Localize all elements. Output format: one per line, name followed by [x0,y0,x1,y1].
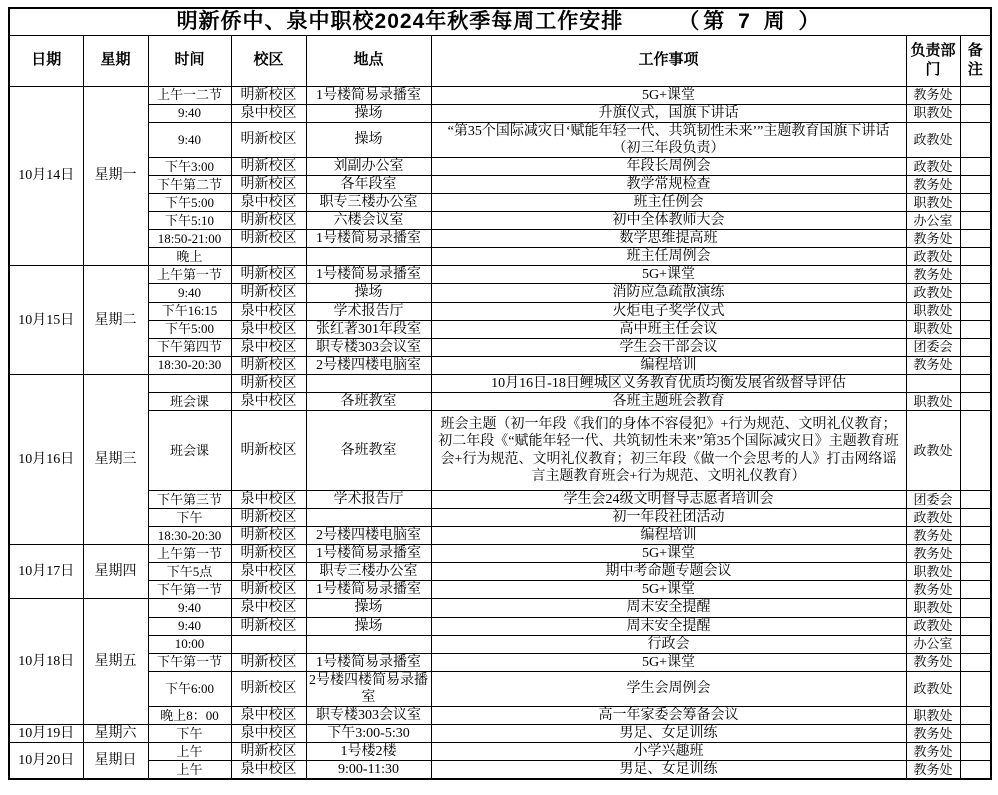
dept-cell: 教务处 [906,356,960,374]
time-cell [148,374,231,392]
note-cell [960,725,991,743]
place-cell: 下午3:00-5:30 [306,725,431,743]
dept-cell [906,374,960,392]
note-cell [960,122,991,157]
table-row: 上午泉中校区9:00-11:30男足、女足训练教务处 [9,761,991,780]
campus-cell: 泉中校区 [231,194,306,212]
campus-cell: 明新校区 [231,527,306,545]
campus-cell: 泉中校区 [231,599,306,617]
note-cell [960,545,991,563]
task-cell: 学生会24级文明督导志愿者培训会 [431,491,906,509]
place-cell [306,248,431,266]
place-cell: 1号楼简易录播室 [306,86,431,104]
campus-cell: 泉中校区 [231,491,306,509]
note-cell [960,509,991,527]
dept-cell: 办公室 [906,635,960,653]
weekday-cell: 星期日 [83,743,148,780]
dept-cell: 职教处 [906,194,960,212]
weekday-cell: 星期五 [83,599,148,725]
weekday-cell: 星期一 [83,86,148,266]
dept-cell: 政教处 [906,284,960,302]
dept-cell: 办公室 [906,212,960,230]
campus-cell: 明新校区 [231,157,306,175]
campus-cell: 泉中校区 [231,320,306,338]
dept-cell: 教务处 [906,86,960,104]
weekly-schedule-table: 明新侨中、泉中职校2024年秋季每周工作安排（第 7 周 ） 日期星期时间校区地… [8,7,992,780]
dept-cell: 教务处 [906,527,960,545]
place-cell: 各班教室 [306,411,431,491]
weekday-cell: 星期六 [83,725,148,743]
campus-cell: 明新校区 [231,671,306,706]
note-cell [960,320,991,338]
campus-cell: 明新校区 [231,212,306,230]
task-cell: 班主任例会 [431,194,906,212]
task-cell: 5G+课堂 [431,653,906,671]
place-cell: 2号楼四楼电脑室 [306,356,431,374]
note-cell [960,581,991,599]
table-row: 下午第三节泉中校区学术报告厅学生会24级文明督导志愿者培训会团委会 [9,491,991,509]
note-cell [960,230,991,248]
table-row: 下午5:10明新校区六楼会议室初中全体教师大会办公室 [9,212,991,230]
table-row: 10月16日星期三明新校区10月16日-18日鲤城区义务教育优质均衡发展省级督导… [9,374,991,392]
time-cell: 9:40 [148,284,231,302]
table-row: 10:00行政会办公室 [9,635,991,653]
time-cell: 晚上8：00 [148,706,231,724]
campus-cell: 泉中校区 [231,392,306,410]
table-row: 下午16:15泉中校区学术报告厅火炬电子奖学仪式职教处 [9,302,991,320]
table-row: 10月19日星期六下午泉中校区下午3:00-5:30男足、女足训练教务处 [9,725,991,743]
note-cell [960,411,991,491]
column-header-5: 工作事项 [431,35,906,86]
campus-cell [231,248,306,266]
table-row: 班会课泉中校区各班教室各班主题班会教育职教处 [9,392,991,410]
note-cell [960,104,991,122]
place-cell [306,509,431,527]
place-cell: 操场 [306,284,431,302]
date-cell: 10月16日 [9,374,83,544]
dept-cell: 教务处 [906,545,960,563]
note-cell [960,157,991,175]
dept-cell: 教务处 [906,761,960,780]
table-row: 晚上8：00泉中校区职专楼303会议室高一年家委会筹备会议职教处 [9,706,991,724]
task-cell: 班主任周例会 [431,248,906,266]
time-cell: 下午5点 [148,563,231,581]
place-cell: 9:00-11:30 [306,761,431,780]
campus-cell [231,635,306,653]
note-cell [960,392,991,410]
place-cell: 1号楼简易录播室 [306,230,431,248]
table-row: 下午第一节明新校区1号楼简易录播室5G+课堂教务处 [9,653,991,671]
time-cell: 9:40 [148,617,231,635]
time-cell: 下午3:00 [148,157,231,175]
place-cell: 学术报告厅 [306,491,431,509]
time-cell: 上午 [148,743,231,761]
table-row: 9:40明新校区操场“第35个国际减灾日‘赋能年轻一代、共筑韧性未来’”主题教育… [9,122,991,157]
place-cell: 1号楼简易录播室 [306,581,431,599]
time-cell: 下午第二节 [148,176,231,194]
dept-cell: 职教处 [906,706,960,724]
title-week-number: （第 7 周 ） [678,10,823,33]
time-cell: 下午5:00 [148,320,231,338]
dept-cell: 职教处 [906,563,960,581]
task-cell: 编程培训 [431,356,906,374]
note-cell [960,743,991,761]
task-cell: 5G+课堂 [431,581,906,599]
task-cell: 10月16日-18日鲤城区义务教育优质均衡发展省级督导评估 [431,374,906,392]
date-cell: 10月17日 [9,545,83,599]
time-cell: 班会课 [148,392,231,410]
time-cell: 下午第一节 [148,653,231,671]
task-cell: 5G+课堂 [431,266,906,284]
place-cell: 刘副办公室 [306,157,431,175]
place-cell: 1号楼简易录播室 [306,545,431,563]
place-cell: 职专楼303会议室 [306,706,431,724]
weekday-cell: 星期二 [83,266,148,374]
place-cell: 操场 [306,599,431,617]
place-cell: 张红著301年段室 [306,320,431,338]
time-cell: 班会课 [148,411,231,491]
place-cell: 1号楼2楼 [306,743,431,761]
task-cell: “第35个国际减灾日‘赋能年轻一代、共筑韧性未来’”主题教育国旗下讲话（初三年段… [431,122,906,157]
table-row: 18:50-21:00明新校区1号楼简易录播室数学思维提高班教务处 [9,230,991,248]
note-cell [960,248,991,266]
place-cell: 各班教室 [306,392,431,410]
table-row: 10月14日星期一上午一二节明新校区1号楼简易录播室5G+课堂教务处 [9,86,991,104]
place-cell: 各年段室 [306,176,431,194]
campus-cell: 明新校区 [231,266,306,284]
dept-cell: 政教处 [906,248,960,266]
time-cell: 下午 [148,725,231,743]
title-row: 明新侨中、泉中职校2024年秋季每周工作安排（第 7 周 ） [9,8,991,35]
time-cell: 晚上 [148,248,231,266]
column-header-4: 地点 [306,35,431,86]
dept-cell: 职教处 [906,599,960,617]
time-cell: 18:50-21:00 [148,230,231,248]
column-header-row: 日期星期时间校区地点工作事项负责部门备注 [9,35,991,86]
campus-cell: 泉中校区 [231,563,306,581]
place-cell: 操场 [306,104,431,122]
task-cell: 学生会干部会议 [431,338,906,356]
task-cell: 升旗仪式，国旗下讲话 [431,104,906,122]
note-cell [960,653,991,671]
time-cell: 9:40 [148,104,231,122]
time-cell: 下午5:00 [148,194,231,212]
campus-cell: 明新校区 [231,122,306,157]
date-cell: 10月14日 [9,86,83,266]
table-row: 下午6:00明新校区2号楼四楼简易录播室学生会周例会政教处 [9,671,991,706]
table-row: 18:30-20:30明新校区2号楼四楼电脑室编程培训教务处 [9,356,991,374]
campus-cell: 泉中校区 [231,302,306,320]
time-cell: 10:00 [148,635,231,653]
dept-cell: 职教处 [906,320,960,338]
task-cell: 编程培训 [431,527,906,545]
time-cell: 下午第三节 [148,491,231,509]
task-cell: 高中班主任会议 [431,320,906,338]
note-cell [960,635,991,653]
dept-cell: 教务处 [906,725,960,743]
dept-cell: 团委会 [906,491,960,509]
task-cell: 男足、女足训练 [431,725,906,743]
dept-cell: 教务处 [906,230,960,248]
weekday-cell: 星期三 [83,374,148,544]
place-cell: 学术报告厅 [306,302,431,320]
campus-cell: 明新校区 [231,230,306,248]
note-cell [960,176,991,194]
dept-cell: 政教处 [906,157,960,175]
dept-cell: 职教处 [906,302,960,320]
dept-cell: 教务处 [906,581,960,599]
date-cell: 10月18日 [9,599,83,725]
table-row: 9:40泉中校区操场升旗仪式，国旗下讲话职教处 [9,104,991,122]
time-cell: 下午第一节 [148,581,231,599]
campus-cell: 明新校区 [231,284,306,302]
task-cell: 小学兴趣班 [431,743,906,761]
time-cell: 上午 [148,761,231,780]
table-row: 下午3:00明新校区刘副办公室年段长周例会政教处 [9,157,991,175]
note-cell [960,86,991,104]
weekday-cell: 星期四 [83,545,148,599]
task-cell: 周末安全提醒 [431,617,906,635]
task-cell: 期中考命题专题会议 [431,563,906,581]
campus-cell: 明新校区 [231,743,306,761]
table-row: 下午5:00泉中校区职专三楼办公室班主任例会职教处 [9,194,991,212]
place-cell: 六楼会议室 [306,212,431,230]
note-cell [960,194,991,212]
campus-cell: 明新校区 [231,356,306,374]
campus-cell: 明新校区 [231,176,306,194]
note-cell [960,761,991,780]
dept-cell: 政教处 [906,122,960,157]
place-cell: 2号楼四楼简易录播室 [306,671,431,706]
time-cell: 18:30-20:30 [148,356,231,374]
campus-cell: 泉中校区 [231,725,306,743]
task-cell: 5G+课堂 [431,86,906,104]
column-header-1: 星期 [83,35,148,86]
place-cell: 操场 [306,617,431,635]
table-row: 9:40明新校区操场周末安全提醒政教处 [9,617,991,635]
column-header-2: 时间 [148,35,231,86]
campus-cell: 明新校区 [231,86,306,104]
campus-cell: 明新校区 [231,617,306,635]
time-cell: 下午6:00 [148,671,231,706]
dept-cell: 职教处 [906,104,960,122]
note-cell [960,212,991,230]
campus-cell: 明新校区 [231,509,306,527]
time-cell: 下午5:10 [148,212,231,230]
time-cell: 下午 [148,509,231,527]
time-cell: 下午第四节 [148,338,231,356]
place-cell: 操场 [306,122,431,157]
column-header-6: 负责部门 [906,35,960,86]
campus-cell: 明新校区 [231,653,306,671]
place-cell [306,374,431,392]
dept-cell: 教务处 [906,176,960,194]
campus-cell: 泉中校区 [231,706,306,724]
time-cell: 9:40 [148,122,231,157]
time-cell: 9:40 [148,599,231,617]
place-cell: 职专楼303会议室 [306,338,431,356]
campus-cell: 明新校区 [231,581,306,599]
table-row: 10月15日星期二上午第一节明新校区1号楼简易录播室5G+课堂教务处 [9,266,991,284]
task-cell: 教学常规检查 [431,176,906,194]
dept-cell: 教务处 [906,743,960,761]
task-cell: 周末安全提醒 [431,599,906,617]
campus-cell: 明新校区 [231,545,306,563]
table-row: 下午第一节明新校区1号楼简易录播室5G+课堂教务处 [9,581,991,599]
dept-cell: 教务处 [906,653,960,671]
table-row: 晚上班主任周例会政教处 [9,248,991,266]
task-cell: 消防应急疏散演练 [431,284,906,302]
place-cell: 职专三楼办公室 [306,563,431,581]
place-cell: 1号楼简易录播室 [306,653,431,671]
campus-cell: 泉中校区 [231,761,306,780]
campus-cell: 泉中校区 [231,338,306,356]
dept-cell: 教务处 [906,266,960,284]
dept-cell: 政教处 [906,671,960,706]
table-row: 10月18日星期五9:40泉中校区操场周末安全提醒职教处 [9,599,991,617]
table-row: 下午5:00泉中校区张红著301年段室高中班主任会议职教处 [9,320,991,338]
title-main: 明新侨中、泉中职校2024年秋季每周工作安排 [177,10,624,33]
task-cell: 初一年段社团活动 [431,509,906,527]
note-cell [960,284,991,302]
note-cell [960,302,991,320]
page-title: 明新侨中、泉中职校2024年秋季每周工作安排（第 7 周 ） [9,8,991,35]
table-row: 10月17日星期四上午第一节明新校区1号楼简易录播室5G+课堂教务处 [9,545,991,563]
note-cell [960,527,991,545]
dept-cell: 政教处 [906,411,960,491]
note-cell [960,599,991,617]
dept-cell: 职教处 [906,392,960,410]
time-cell: 上午第一节 [148,545,231,563]
dept-cell: 政教处 [906,617,960,635]
place-cell: 1号楼简易录播室 [306,266,431,284]
table-row: 18:30-20:30明新校区2号楼四楼电脑室编程培训教务处 [9,527,991,545]
task-cell: 年段长周例会 [431,157,906,175]
dept-cell: 政教处 [906,509,960,527]
note-cell [960,563,991,581]
note-cell [960,374,991,392]
table-row: 9:40明新校区操场消防应急疏散演练政教处 [9,284,991,302]
table-row: 班会课明新校区各班教室班会主题（初一年段《我们的身体不容侵犯》+行为规范、文明礼… [9,411,991,491]
place-cell [306,635,431,653]
table-row: 10月20日星期日上午明新校区1号楼2楼小学兴趣班教务处 [9,743,991,761]
task-cell: 班会主题（初一年段《我们的身体不容侵犯》+行为规范、文明礼仪教育；初二年段《“赋… [431,411,906,491]
task-cell: 行政会 [431,635,906,653]
column-header-0: 日期 [9,35,83,86]
campus-cell: 明新校区 [231,411,306,491]
time-cell: 上午第一节 [148,266,231,284]
task-cell: 初中全体教师大会 [431,212,906,230]
time-cell: 上午一二节 [148,86,231,104]
place-cell: 职专三楼办公室 [306,194,431,212]
task-cell: 火炬电子奖学仪式 [431,302,906,320]
table-row: 下午5点泉中校区职专三楼办公室期中考命题专题会议职教处 [9,563,991,581]
time-cell: 18:30-20:30 [148,527,231,545]
campus-cell: 明新校区 [231,374,306,392]
note-cell [960,617,991,635]
schedule-sheet: 明新侨中、泉中职校2024年秋季每周工作安排（第 7 周 ） 日期星期时间校区地… [0,0,998,795]
place-cell: 2号楼四楼电脑室 [306,527,431,545]
table-row: 下午第二节明新校区各年段室教学常规检查教务处 [9,176,991,194]
campus-cell: 泉中校区 [231,104,306,122]
date-cell: 10月20日 [9,743,83,780]
note-cell [960,338,991,356]
date-cell: 10月15日 [9,266,83,374]
task-cell: 数学思维提高班 [431,230,906,248]
note-cell [960,671,991,706]
dept-cell: 团委会 [906,338,960,356]
note-cell [960,491,991,509]
column-header-3: 校区 [231,35,306,86]
note-cell [960,706,991,724]
task-cell: 5G+课堂 [431,545,906,563]
time-cell: 下午16:15 [148,302,231,320]
column-header-7: 备注 [960,35,991,86]
task-cell: 学生会周例会 [431,671,906,706]
task-cell: 男足、女足训练 [431,761,906,780]
date-cell: 10月19日 [9,725,83,743]
table-row: 下午第四节泉中校区职专楼303会议室学生会干部会议团委会 [9,338,991,356]
table-row: 下午明新校区初一年段社团活动政教处 [9,509,991,527]
note-cell [960,266,991,284]
task-cell: 各班主题班会教育 [431,392,906,410]
note-cell [960,356,991,374]
task-cell: 高一年家委会筹备会议 [431,706,906,724]
